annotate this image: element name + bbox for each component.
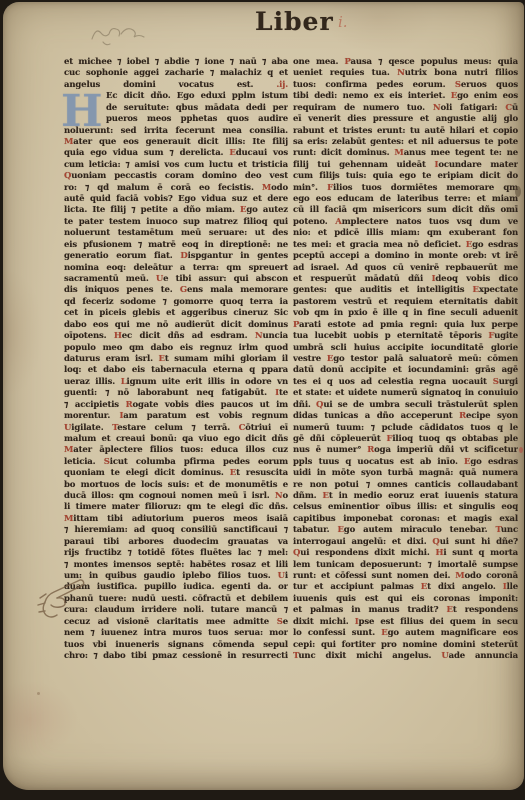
text-run: odo coronā [465, 571, 518, 581]
text-run: guenti: ⁊ nō laborabunt neq fatigabūt. [64, 388, 275, 398]
text-line: Quoniam peccastis coram domino deo vest [64, 171, 288, 182]
text-run: gentes: que auditis et intelligitis [293, 285, 472, 295]
text-run: min°. [293, 183, 327, 193]
text-run: dixit michi. [293, 617, 355, 627]
text-run: go enim eos [457, 91, 518, 101]
text-run: am paratum est vobis regnum [123, 411, 288, 421]
text-line: Parati estote ad pmia regni: quia lux pe… [293, 320, 518, 331]
text-line: tes ei q uos ad celestia regna uocauit S… [293, 377, 518, 388]
text-run: t in medio eoruz erat iuuenis statura [329, 491, 518, 501]
text-line: cū ill faciā qm misericors sum dicit dñs… [293, 205, 518, 216]
text-run: odo [271, 183, 288, 193]
text-run: vestre [293, 354, 327, 364]
text-line: et respuerūt mādatū dñi Ideoq vobis dico [293, 274, 518, 285]
text-run: nomina eoq: deleātur a terra: qm spreuer… [64, 263, 288, 273]
text-run: ens mala memorare [187, 285, 288, 295]
text-run: t dixi angelo. [427, 582, 503, 592]
text-run: ueniet requies tua. [293, 68, 397, 78]
text-run: ego eos educam de lateribus terre: et mi… [293, 194, 518, 204]
text-run: ad israel. Ad quos cū venirē repbauerūt … [293, 263, 518, 273]
text-line: uidi in mōte syon turbā magnā: quā numer… [293, 468, 518, 479]
text-line: tabatur. Ego autem miraculo tenebar. Tun… [293, 525, 518, 536]
text-run: pceptū accepi a domino in monte oreb: vt… [293, 251, 518, 261]
text-run: pueros meos pphetas quos audire [106, 114, 288, 124]
text-run: filij tui gehennam uideāt [293, 160, 435, 170]
text-run: um: in quibus gaudio iplebo filios tuos. [64, 571, 278, 581]
text-line: phanū tuere: nudū uesti. cōfractū et deb… [64, 594, 288, 605]
text-line: interrogaui angelū: et dixi. Qui sunt hi… [293, 537, 518, 548]
text-run: ōtriui eī [245, 423, 288, 433]
text-line: cuc sophonie aggei zacharie ⁊ malachiz q… [64, 68, 288, 79]
text-run: rijs fructibz ⁊ totidē fōtes fluētes lac… [64, 548, 288, 558]
text-line: Mater que eos generauit dicit illis: Ite… [64, 137, 288, 148]
text-run: go testor palā saluatorē meū: cōmen [333, 354, 518, 364]
parchment-page: Liber i. H et michee ⁊ iobel ⁊ abdie ⁊ i… [3, 2, 524, 790]
text-run: tur et accipiunt palmas [293, 582, 421, 592]
text-run: tes ei q uos ad celestia regna uocauit [293, 377, 493, 387]
text-line: loq: et dabo eis tabernacula eterna q pp… [64, 365, 288, 376]
text-line: nus ē numer° Roga imperiū dñi vt scifice… [293, 445, 518, 456]
text-line: dis iniquos penes te. Gens mala memorare [64, 285, 288, 296]
text-run: oli fatigari: [441, 103, 506, 113]
text-line: sacramentū meū. Ue tibi assur: qui absco… [64, 274, 288, 285]
text-run: e [283, 617, 288, 627]
text-run: ui respondens dixit michi. [300, 548, 435, 558]
text-run: morentur. [64, 411, 119, 421]
text-run: dñi. [293, 400, 316, 410]
text-line: malum et creaui bonū: qa viuo ego dicit … [64, 434, 288, 445]
text-line: dñm. Et in medio eoruz erat iuuenis stat… [293, 491, 518, 502]
rubricated-capital: G [180, 285, 187, 295]
text-line: ad israel. Ad quos cū venirē repbauerūt … [293, 263, 518, 274]
text-run: ater āplectere filios tuos: educa illos … [73, 445, 288, 455]
text-run: eī venerit dies pressure et angustie ali… [293, 114, 518, 124]
text-line: dabo eos qui me nō audierūt dicit dominu… [64, 320, 288, 331]
rubricated-capital: U [278, 571, 285, 581]
text-line: runt: dicit dominus. Manus mee tegent te… [293, 148, 518, 159]
text-run: ittam tibi adiutorium pueros meos isaiā [73, 514, 288, 524]
text-run: celsus eminentior oībus illis: et singul… [293, 502, 518, 512]
text-line: eī venerit dies pressure et angustie ali… [293, 114, 518, 125]
text-run: icut columba pfirma pedes eorum [110, 457, 288, 467]
text-line: requiram de numero tuo. Noli fatigari: C… [293, 103, 518, 114]
text-line: quia ego vidua sum ⁊ derelicta. Educaui … [64, 148, 288, 159]
text-run: lo confessi sunt. [293, 628, 381, 638]
text-line: didas tunicas a dño acceperunt Recipe sy… [293, 411, 518, 422]
rubricated-capital: M [394, 148, 403, 158]
text-line: ⁊ montes imensos septē: habētes rosaz et… [64, 560, 288, 571]
text-line: vob qm in pxio ē ille q in fine seculi a… [293, 308, 518, 319]
text-line: ueraz illis. Lignum uite erit illis in o… [64, 377, 288, 388]
text-run: umbrā scli huius accipite iocunditatē gl… [293, 343, 518, 353]
rubricated-capital: M [64, 137, 73, 147]
text-run: sacramentū meū. [64, 274, 156, 284]
rubricated-capital: N [433, 103, 441, 113]
edge-stain [515, 186, 521, 197]
text-run: cum filijs tuis: quia ego te eripiam dic… [293, 171, 518, 181]
text-run: cura: claudum irridere noli. tutare manc… [64, 605, 288, 615]
text-run: go autez [246, 205, 288, 215]
foxing-spot [37, 692, 40, 695]
rubricated-capital: .ij. [276, 80, 288, 90]
rubricated-capital: C [505, 103, 512, 113]
text-run: nem ⁊ iuuenez intra muros tuos serua: mo… [64, 628, 288, 638]
text-run: go esdras [470, 457, 518, 467]
text-run: lle [507, 582, 518, 592]
text-run: tua lucebit uobis p eternitatē tēporis [293, 331, 488, 341]
text-line: Uigilate. Testare celum ⁊ terrā. Cōtriui… [64, 423, 288, 434]
text-run: i [285, 571, 288, 581]
text-run: interrogaui angelū: et dixi. [293, 537, 432, 547]
text-line: capitibus imponebat coronas: et magis ex… [293, 514, 518, 525]
text-line: li timere mater filioruz: qm te elegi dī… [64, 502, 288, 513]
text-run: ducaui vos [236, 148, 288, 158]
text-line: Mittam tibi adiutorium pueros meos isaiā [64, 514, 288, 525]
text-line: ducā illos: qm cognoui nomen meū ī isrl.… [64, 491, 288, 502]
text-run: ⁊ accipietis [64, 400, 126, 410]
text-run: te pater testem inuoco sup matrez filioq… [64, 217, 288, 227]
text-line: tes mei: et gracia mea nō deficiet. Ego … [293, 240, 518, 251]
text-run: t respondens [453, 605, 518, 615]
text-line: re non potui ⁊ omnes canticis collaudaba… [293, 480, 518, 491]
text-run: qd feceriz sodome ⁊ gomorre quoq terra i… [64, 297, 288, 307]
text-run: phanū tuere: nudū uesti. cōfractū et deb… [64, 594, 288, 604]
text-run: ispgantur in gentes [188, 251, 288, 261]
text-run: uidi in mōte syon turbā magnā: quā numer… [293, 468, 518, 478]
text-line: pastorem vestrū et requiem eternitatis d… [293, 297, 518, 308]
text-run: ilioq tuoq qs obtabas ple [392, 434, 518, 444]
rubricated-capital: R [459, 411, 466, 421]
text-run: ecipe syon [466, 411, 518, 421]
text-run: runt: et cōfessi sunt nomen dei. [293, 571, 455, 581]
text-line: cum leticia: ⁊ amisi vos cum luctu et tr… [64, 160, 288, 171]
text-run: poteno. [293, 217, 335, 227]
text-line: cepi: qui fortiter pro nomine domini ste… [293, 640, 518, 651]
text-run: et michee ⁊ iobel ⁊ abdie ⁊ ione ⁊ naū ⁊… [64, 57, 288, 67]
text-run: go autem miraculo tenebar. [344, 525, 496, 535]
text-run: ec dicit dñs ad esdram. [122, 331, 255, 341]
text-run: unc [501, 525, 518, 535]
text-run: Ec dicit dño. Ego eduxi pplm istum [106, 91, 288, 101]
text-line: tuos: confirma pedes eorum. Seruos quos [293, 80, 518, 91]
text-run: tuos: confirma pedes eorum. [293, 80, 455, 90]
text-run: vob qm in pxio ē ille q in fine seculi a… [293, 308, 518, 318]
text-run: ⁊ montes imensos septē: habētes rosaz et… [64, 560, 288, 570]
rubricated-capital: H [114, 331, 122, 341]
text-run: cū ill faciā qm misericors sum dicit dñs… [293, 205, 518, 215]
text-run: ui sunt hi dñe? [440, 537, 518, 547]
text-run: arati estote ad pmia regni: quia lux per… [299, 320, 518, 330]
text-line: generatio eorum fiat. Dispgantur in gent… [64, 251, 288, 262]
text-line: daturus eram isrl. Et sumam mihi gloriam… [64, 354, 288, 365]
text-line: ego eos educam de lateribus terre: et mi… [293, 194, 518, 205]
text-run: ueraz illis. [64, 377, 121, 387]
text-run: gē dñi cōpleuerūt [293, 434, 386, 444]
text-run: rabunt et tristes erunt: tu autē hilari … [293, 126, 518, 136]
text-run: dabo eos qui me nō audierūt dicit dominu… [64, 320, 288, 330]
text-line: poteno. Amplectere natos tuos vsq dum ve [293, 217, 518, 228]
text-run: deoq vobis dico [435, 274, 518, 284]
text-run: anus mee tegent te: ne [404, 148, 518, 158]
right-text-column: one mea. Pausa ⁊ qesce populus meus: qui… [293, 57, 518, 662]
text-line: et michee ⁊ iobel ⁊ abdie ⁊ ione ⁊ naū ⁊… [64, 57, 288, 68]
text-line: lo confessi sunt. Ego autem magnificare … [293, 628, 518, 639]
text-line: gē dñi cōpleuerūt Filioq tuoq qs obtabas… [293, 434, 518, 445]
red-fleck [519, 447, 523, 453]
text-run: xpectate [479, 285, 518, 295]
text-line: bo mortuos de locis suis: et de monumēti… [64, 480, 288, 491]
text-run: lem tunicam deposuerunt: ⁊ imortalē sump… [293, 560, 518, 570]
text-run: chro: ⁊ dabo tibi pmaz cessionē in resur… [64, 651, 288, 661]
text-run: capitibus imponebat coronas: et magis ex… [293, 514, 518, 524]
text-line: nem ⁊ iuuenez intra muros tuos serua: mo… [64, 628, 288, 639]
text-run: licta. Ite filij ⁊ petite a dño miam. [64, 205, 240, 215]
text-run: re non potui ⁊ omnes canticis collaudaba… [293, 480, 518, 490]
text-run: ogate vobis dies paucos ut im [133, 400, 289, 410]
text-line: ⁊ accipietis Rogate vobis dies paucos ut… [64, 400, 288, 411]
text-line: leticia. Sicut columba pfirma pedes eoru… [64, 457, 288, 468]
text-run: go autem magnificare eos [388, 628, 518, 638]
text-run: t sumam mihi gloriam il [165, 354, 288, 364]
text-run: malum et creaui bonū: qa viuo ego dicit … [64, 434, 288, 444]
rubricated-capital: N [397, 68, 405, 78]
text-line: runt: et cōfessi sunt nomen dei. Modo co… [293, 571, 518, 582]
text-run: te [279, 388, 288, 398]
text-run: bo mortuos de locis suis: et de monumēti… [64, 480, 288, 490]
text-line: pceptū accepi a domino in monte oreb: vt… [293, 251, 518, 262]
rubricated-capital: M [64, 514, 73, 524]
text-line: paraui tibi arbores duodecim grauatas va [64, 537, 288, 548]
text-run: e tibi assur: qui abscon [163, 274, 288, 284]
text-run: et state: et uidete numerū signatoq in c… [293, 388, 518, 398]
text-run: quoniam te elegi dicit dominus. [64, 468, 230, 478]
text-run: cecuz ad visionē claritatis mee admitte [64, 617, 277, 627]
text-line: tuos vbi inueneris signans cōmenda sepul [64, 640, 288, 651]
text-run: leticia. [64, 457, 104, 467]
text-run: tes mei: et gracia mea nō deficiet. [293, 240, 466, 250]
text-run: ocundare mater [438, 160, 518, 170]
text-run: ui se de umbra seculi trāstulerūt splen [323, 400, 518, 410]
text-line: ro: ⁊ qd malum ē corā eo fecistis. Modo [64, 183, 288, 194]
text-run: et palmas in manus tradit? [293, 605, 447, 615]
rubricated-capital: M [64, 445, 73, 455]
text-run: o [282, 491, 288, 501]
text-line: autē quid faciā vobis? Ego vidua suz et … [64, 194, 288, 205]
text-line: oīpotens. Hec dicit dñs ad esdram. Nunci… [64, 331, 288, 342]
text-line: tua lucebit uobis p eternitatē tēporis F… [293, 331, 518, 342]
rubricated-capital: Q [432, 537, 439, 547]
text-run: paraui tibi arbores duodecim grauatas va [64, 537, 288, 547]
text-line: cecuz ad visionē claritatis mee admitte … [64, 617, 288, 628]
text-line: cum filijs tuis: quia ego te eripiam dic… [293, 171, 518, 182]
text-line: rabunt et tristes erunt: tu autē hilari … [293, 126, 518, 137]
text-line: chro: ⁊ dabo tibi pmaz cessionē in resur… [64, 651, 288, 662]
text-line: min°. Filios tuos dormiētes memorare qm [293, 183, 518, 194]
text-line: one mea. Pausa ⁊ qesce populus meus: qui… [293, 57, 518, 68]
text-line: umbrā scli huius accipite iocunditatē gl… [293, 343, 518, 354]
text-run: de seruitute: qbus mādata dedi per [106, 103, 288, 113]
left-text-column: H et michee ⁊ iobel ⁊ abdie ⁊ ione ⁊ naū… [64, 57, 288, 662]
text-run: cuc sophonie aggei zacharie ⁊ malachiz q… [64, 68, 288, 78]
text-line: ppls tuus q uocatus est ab inīo. Ego esd… [293, 457, 518, 468]
text-run: tibi dedi: nemo ex eis interiet. [293, 91, 451, 101]
chapter-numeral: i. [338, 13, 348, 31]
text-line: numerū tuum: ⁊ pclude cādidatos tuos q l… [293, 423, 518, 434]
rubricated-capital: R [126, 400, 133, 410]
rubricated-capital: M [455, 571, 464, 581]
text-run: ignum uite erit illis in odore vn [127, 377, 288, 387]
text-run: pse est filius dei quem in secu [359, 617, 518, 627]
text-run: ro: ⁊ qd malum ē corā eo fecistis. [64, 183, 262, 193]
text-run: tuos vbi inueneris signans cōmenda sepul [64, 640, 288, 650]
text-run: daturus eram isrl. [64, 354, 159, 364]
text-line: et state: et uidete numerū signatoq in c… [293, 388, 518, 399]
text-run: uoniam peccastis coram domino deo vest [71, 171, 288, 181]
text-line: quoniam te elegi dicit dominus. Et resus… [64, 468, 288, 479]
text-run: oīpotens. [64, 331, 114, 341]
text-run: i sunt q morta [443, 548, 518, 558]
text-run: mplectere natos tuos vsq dum ve [342, 217, 518, 227]
text-run: eruos quos [461, 80, 518, 90]
text-run: generatio eorum fiat. [64, 251, 180, 261]
text-run: t resuscita [236, 468, 288, 478]
text-run: oga imperiū dñi vt scificetur [374, 445, 518, 455]
text-line: cet in piceis glebis et aggeribus cineru… [64, 308, 288, 319]
text-run: ppls tuus q uocatus est ab inīo. [293, 457, 464, 467]
text-line: ueniet requies tua. Nutrix bona nutri fi… [293, 68, 518, 79]
text-run: iuuenis quis est qui eis coronas imponit… [293, 594, 518, 604]
text-run: dis iniquos penes te. [64, 285, 180, 295]
text-run: noluerunt testamētum meū seruare: ut des [64, 228, 288, 238]
text-line: populo meo qm dabo eis regnuz irlm quod [64, 343, 288, 354]
text-run: ade annuncia [449, 651, 518, 661]
text-line: gentes: que auditis et intelligitis Expe… [293, 285, 518, 296]
text-line: cura: claudum irridere noli. tutare manc… [64, 605, 288, 616]
text-run: igilate. [71, 423, 112, 433]
text-run: sa eris: zelabūt gentes: et nil aduersus… [293, 137, 518, 147]
running-title: Liber [255, 7, 334, 36]
text-run: nio: et pdicē illis miam: qm exuberant f… [293, 228, 518, 238]
text-run: requiram de numero tuo. [293, 103, 433, 113]
text-run: go esdras [472, 240, 518, 250]
lombard-initial: H [61, 90, 103, 134]
text-run: urgi [499, 377, 518, 387]
text-run: didas tunicas a dño acceperunt [293, 411, 459, 421]
text-run: utrix bona nutri filios [405, 68, 518, 78]
text-line: duam iustifica. pupillo iudica. egenti d… [64, 582, 288, 593]
handwritten-scribble-icon [89, 18, 151, 50]
text-line: filij tui gehennam uideāt Iocundare mate… [293, 160, 518, 171]
text-run: nus ē numer° [293, 445, 367, 455]
text-run: ilios tuos dormiētes memorare qm [333, 183, 518, 193]
rubricated-capital: M [262, 183, 271, 193]
text-line: sa eris: zelabūt gentes: et nil aduersus… [293, 137, 518, 148]
text-run: dñm. [293, 491, 322, 501]
text-run: one mea. [293, 57, 345, 67]
text-run: uncia [262, 331, 288, 341]
text-line: iuuenis quis est qui eis coronas imponit… [293, 594, 518, 605]
text-line: nio: et pdicē illis miam: qm exuberant f… [293, 228, 518, 239]
text-run: autē quid faciā vobis? Ego vidua suz et … [64, 194, 288, 204]
text-line: dñi. Qui se de umbra seculi trāstulerūt … [293, 400, 518, 411]
text-line: Mater āplectere filios tuos: educa illos… [64, 445, 288, 456]
text-run: tabatur. [293, 525, 337, 535]
text-line: um: in quibus gaudio iplebo filios tuos.… [64, 571, 288, 582]
text-run: populo meo qm dabo eis regnuz irlm quod [64, 343, 288, 353]
text-run: datū donū accipite et iocundamini: grās … [293, 365, 518, 375]
text-run: ausa ⁊ qesce populus meus: quia [351, 57, 518, 67]
text-run: ducā illos: qm cognoui nomen meū ī isrl. [64, 491, 275, 501]
text-line: et palmas in manus tradit? Et respondens [293, 605, 518, 616]
text-run: li timere mater filioruz: qm te elegi dī… [64, 502, 288, 512]
text-line: qd feceriz sodome ⁊ gomorre quoq terra i… [64, 297, 288, 308]
text-run: quia ego vidua sum ⁊ derelicta. [64, 148, 229, 158]
text-run: et respuerūt mādatū dñi [293, 274, 432, 284]
text-run: estare celum ⁊ terrā. [117, 423, 238, 433]
rubricated-capital: U [441, 651, 448, 661]
text-line: eis pfusionem ⁊ matrē eoq in direptionē:… [64, 240, 288, 251]
text-run: cum leticia: ⁊ amisi vos cum luctu et tr… [64, 160, 288, 170]
text-run: numerū tuum: ⁊ pclude cādidatos tuos q l… [293, 423, 518, 433]
text-line: noluerunt testamētum meū seruare: ut des [64, 228, 288, 239]
text-run: pastorem vestrū et requiem eternitatis d… [293, 297, 518, 307]
text-line: tur et accipiunt palmas Et dixi angelo. … [293, 582, 518, 593]
text-run: unc dixit michi angelus. [298, 651, 441, 661]
rubricated-capital: D [180, 251, 187, 261]
text-line: te pater testem inuoco sup matrez filioq… [64, 217, 288, 228]
text-line: licta. Ite filij ⁊ petite a dño miam. Eg… [64, 205, 288, 216]
text-run: ū [512, 103, 518, 113]
text-run: ater que eos generauit dicit illis: Ite … [73, 137, 288, 147]
text-run: cet in piceis glebis et aggeribus cineru… [64, 308, 288, 318]
text-run: ⁊ hieremiam: ad quoq consiliū sanctifica… [64, 525, 288, 535]
text-line: datū donū accipite et iocundamini: grās … [293, 365, 518, 376]
text-line: morentur. Iam paratum est vobis regnum [64, 411, 288, 422]
text-line: celsus eminentior oībus illis: et singul… [293, 502, 518, 513]
text-line: Tunc dixit michi angelus. Uade annuncia [293, 651, 518, 662]
book-page-scan: Liber i. H et michee ⁊ iobel ⁊ abdie ⁊ i… [0, 0, 525, 800]
text-run: eis pfusionem ⁊ matrē eoq in direptionē:… [64, 240, 288, 250]
text-line: tibi dedi: nemo ex eis interiet. Ego eni… [293, 91, 518, 102]
text-run: cepi: qui fortiter pro nomine domini ste… [293, 640, 518, 650]
text-line: lem tunicam deposuerunt: ⁊ imortalē sump… [293, 560, 518, 571]
text-run: ugite [494, 331, 518, 341]
text-line: rijs fructibz ⁊ totidē fōtes fluētes lac… [64, 548, 288, 559]
text-run: runt: dicit dominus. [293, 148, 394, 158]
text-line: Qui respondens dixit michi. Hi sunt q mo… [293, 548, 518, 559]
text-line: vestre Ego testor palā saluatorē meū: cō… [293, 354, 518, 365]
pointing-hand-icon [31, 560, 93, 626]
text-line: nomina eoq: deleātur a terra: qm spreuer… [64, 263, 288, 274]
text-line: ⁊ hieremiam: ad quoq consiliū sanctifica… [64, 525, 288, 536]
text-run: duam iustifica. pupillo iudica. egenti d… [64, 582, 288, 592]
text-run: loq: et dabo eis tabernacula eterna q pp… [64, 365, 288, 375]
text-line: guenti: ⁊ nō laborabunt neq fatigabūt. I… [64, 388, 288, 399]
text-line: dixit michi. Ipse est filius dei quem in… [293, 617, 518, 628]
